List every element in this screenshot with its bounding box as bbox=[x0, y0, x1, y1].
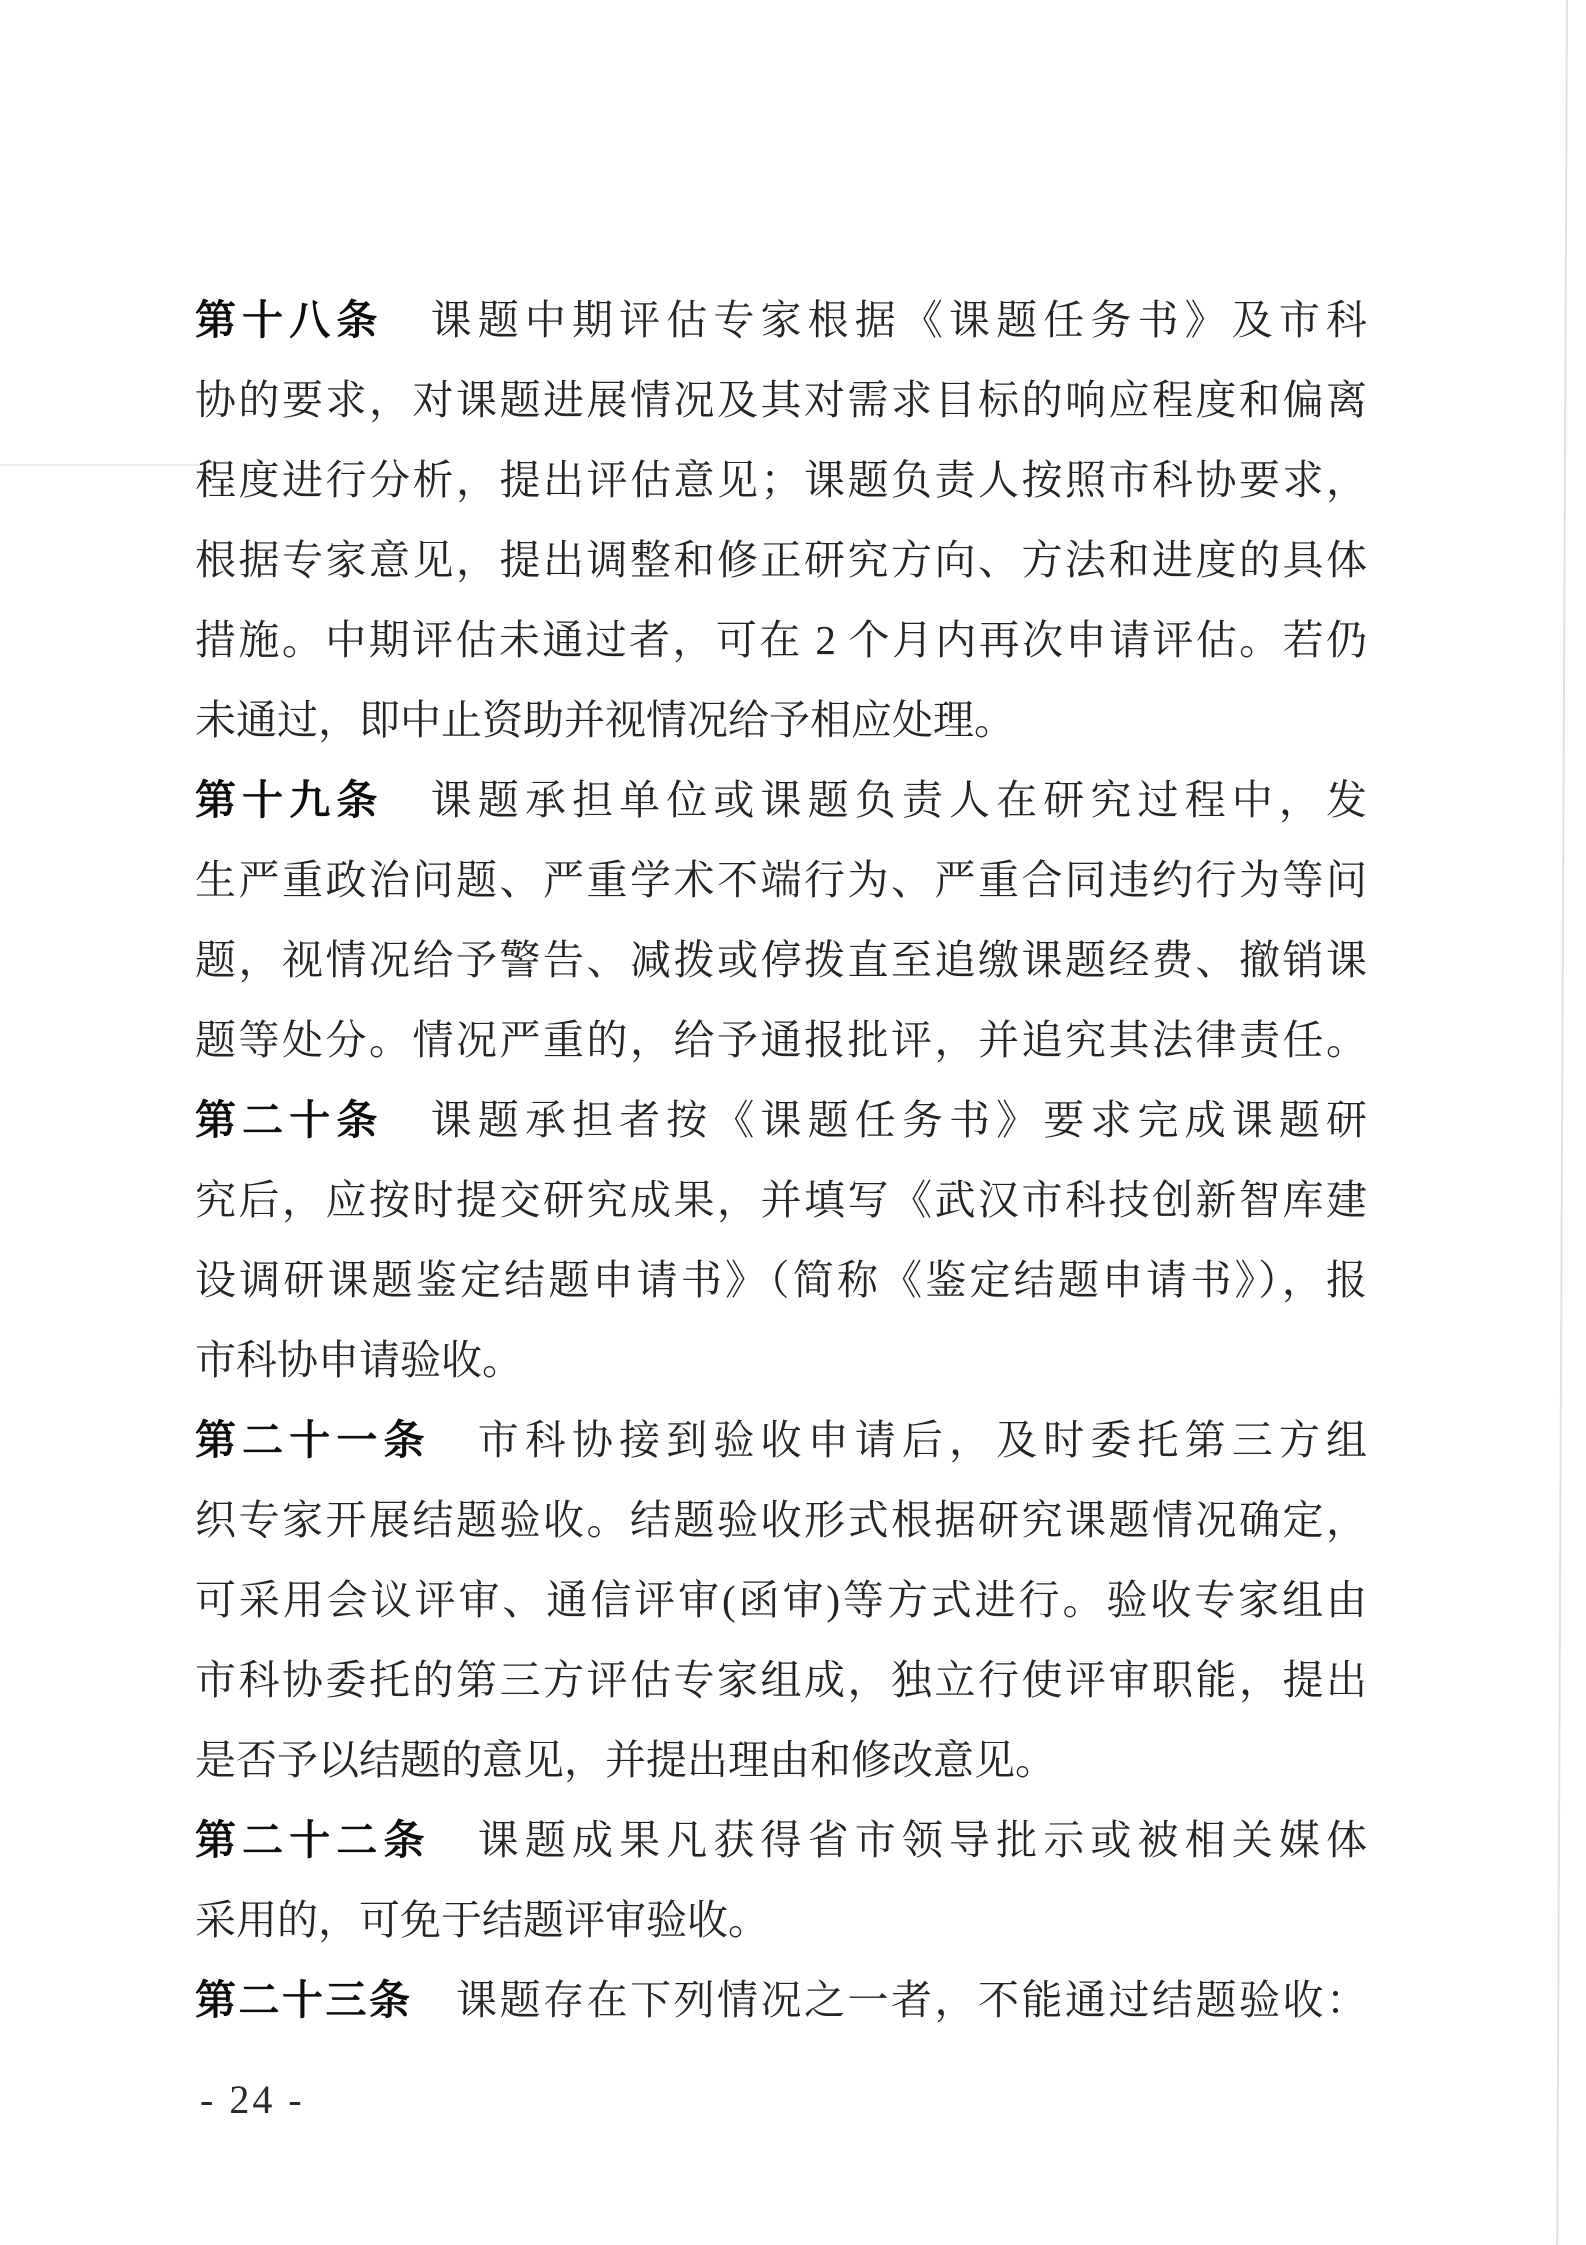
document-page: 第十八条 课题中期评估专家根据《课题任务书》及市科协的要求，对课题进展情况及其对… bbox=[0, 0, 1586, 2245]
article-number: 第二十一条 bbox=[195, 1417, 431, 1463]
scan-artifact-horizontal-line bbox=[0, 464, 200, 466]
article-number: 第十八条 bbox=[195, 297, 384, 343]
article-number: 第二十条 bbox=[195, 1097, 384, 1143]
text-block: 第十八条 课题中期评估专家根据《课题任务书》及市科协的要求，对课题进展情况及其对… bbox=[195, 280, 1367, 2040]
text-line: 第二十二条 课题成果凡获得省市领导批示或被相关媒体 bbox=[195, 1800, 1367, 1880]
line-text: 究后，应按时提交研究成果，并填写《武汉市科技创新智库建 bbox=[195, 1177, 1367, 1223]
text-line: 第十八条 课题中期评估专家根据《课题任务书》及市科 bbox=[195, 280, 1367, 360]
text-line: 第二十条 课题承担者按《课题任务书》要求完成课题研 bbox=[195, 1080, 1367, 1160]
line-text: 措施。中期评估未通过者，可在 2 个月内再次申请评估。若仍 bbox=[195, 617, 1367, 663]
text-line: 第十九条 课题承担单位或课题负责人在研究过程中，发 bbox=[195, 760, 1367, 840]
text-line: 根据专家意见，提出调整和修正研究方向、方法和进度的具体 bbox=[195, 520, 1367, 600]
line-text: 课题承担单位或课题负责人在研究过程中，发 bbox=[384, 777, 1368, 823]
scan-artifact-vertical-line bbox=[1556, 0, 1568, 2245]
line-text: 未通过，即中止资助并视情况给予相应处理。 bbox=[195, 697, 1015, 743]
line-text: 织专家开展结题验收。结题验收形式根据研究课题情况确定， bbox=[195, 1497, 1367, 1543]
text-line: 未通过，即中止资助并视情况给予相应处理。 bbox=[195, 680, 1367, 760]
text-line: 市科协申请验收。 bbox=[195, 1320, 1367, 1400]
line-text: 可采用会议评审、通信评审(函审)等方式进行。验收专家组由 bbox=[195, 1577, 1367, 1623]
text-line: 措施。中期评估未通过者，可在 2 个月内再次申请评估。若仍 bbox=[195, 600, 1367, 680]
line-text: 市科协接到验收申请后，及时委托第三方组 bbox=[431, 1417, 1367, 1463]
line-text: 课题成果凡获得省市领导批示或被相关媒体 bbox=[431, 1817, 1367, 1863]
text-line: 设调研课题鉴定结题申请书》（简称《鉴定结题申请书》），报 bbox=[195, 1240, 1367, 1320]
line-text: 采用的，可免于结题评审验收。 bbox=[195, 1897, 769, 1943]
line-text: 根据专家意见，提出调整和修正研究方向、方法和进度的具体 bbox=[195, 537, 1367, 583]
text-line: 第二十一条 市科协接到验收申请后，及时委托第三方组 bbox=[195, 1400, 1367, 1480]
line-text: 设调研课题鉴定结题申请书》（简称《鉴定结题申请书》），报 bbox=[195, 1257, 1367, 1303]
text-line: 究后，应按时提交研究成果，并填写《武汉市科技创新智库建 bbox=[195, 1160, 1367, 1240]
text-line: 采用的，可免于结题评审验收。 bbox=[195, 1880, 1367, 1960]
line-text: 课题承担者按《课题任务书》要求完成课题研 bbox=[384, 1097, 1368, 1143]
text-line: 市科协委托的第三方评估专家组成，独立行使评审职能，提出 bbox=[195, 1640, 1367, 1720]
text-line: 题等处分。情况严重的，给予通报批评，并追究其法律责任。 bbox=[195, 1000, 1367, 1080]
text-line: 织专家开展结题验收。结题验收形式根据研究课题情况确定， bbox=[195, 1480, 1367, 1560]
text-line: 生严重政治问题、严重学术不端行为、严重合同违约行为等问 bbox=[195, 840, 1367, 920]
text-line: 程度进行分析，提出评估意见；课题负责人按照市科协要求， bbox=[195, 440, 1367, 520]
line-text: 程度进行分析，提出评估意见；课题负责人按照市科协要求， bbox=[195, 457, 1367, 503]
article-number: 第二十二条 bbox=[195, 1817, 431, 1863]
text-line: 第二十三条 课题存在下列情况之一者，不能通过结题验收： bbox=[195, 1960, 1367, 2040]
article-number: 第十九条 bbox=[195, 777, 384, 823]
line-text: 协的要求，对课题进展情况及其对需求目标的响应程度和偏离 bbox=[195, 377, 1367, 423]
line-text: 课题存在下列情况之一者，不能通过结题验收： bbox=[413, 1977, 1368, 2023]
page-number: - 24 - bbox=[200, 2060, 305, 2140]
line-text: 市科协申请验收。 bbox=[195, 1337, 523, 1383]
text-line: 可采用会议评审、通信评审(函审)等方式进行。验收专家组由 bbox=[195, 1560, 1367, 1640]
article-number: 第二十三条 bbox=[195, 1977, 413, 2023]
line-text: 生严重政治问题、严重学术不端行为、严重合同违约行为等问 bbox=[195, 857, 1367, 903]
line-text: 题等处分。情况严重的，给予通报批评，并追究其法律责任。 bbox=[195, 1017, 1367, 1063]
line-text: 市科协委托的第三方评估专家组成，独立行使评审职能，提出 bbox=[195, 1657, 1367, 1703]
line-text: 题，视情况给予警告、减拨或停拨直至追缴课题经费、撤销课 bbox=[195, 937, 1367, 983]
text-line: 题，视情况给予警告、减拨或停拨直至追缴课题经费、撤销课 bbox=[195, 920, 1367, 1000]
text-line: 协的要求，对课题进展情况及其对需求目标的响应程度和偏离 bbox=[195, 360, 1367, 440]
line-text: 是否予以结题的意见，并提出理由和修改意见。 bbox=[195, 1737, 1056, 1783]
line-text: 课题中期评估专家根据《课题任务书》及市科 bbox=[384, 297, 1368, 343]
text-line: 是否予以结题的意见，并提出理由和修改意见。 bbox=[195, 1720, 1367, 1800]
